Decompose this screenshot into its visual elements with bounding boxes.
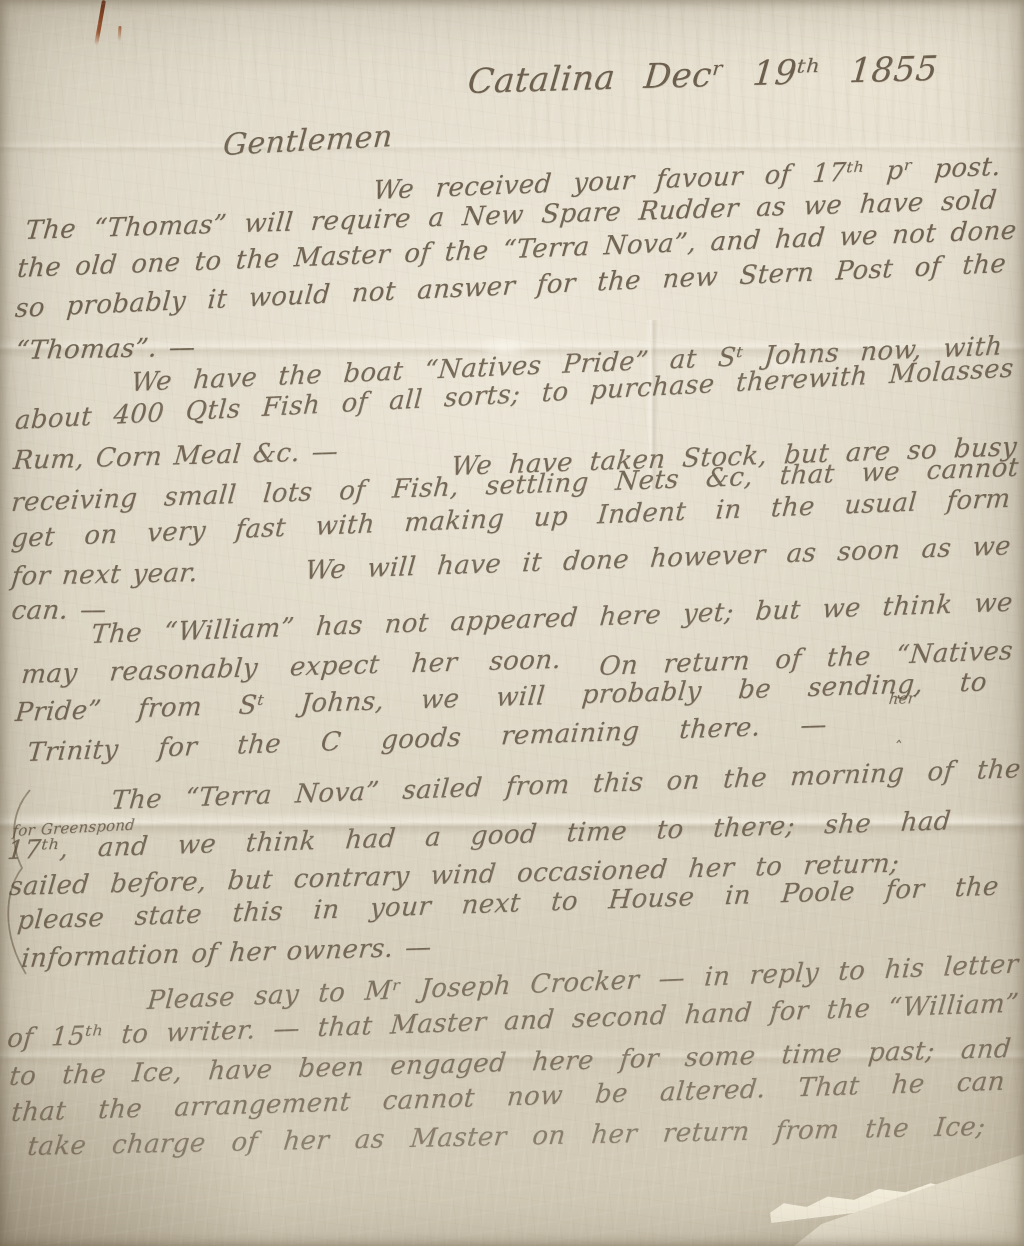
letter-paper: Catalina Decʳ 19ᵗʰ 1855GentlemenWe recei… [0, 0, 1024, 1246]
letter-line: information of her owners. — [20, 932, 433, 974]
letter-line: Rum, Corn Meal &c. — [12, 437, 340, 476]
interline-insertion: her [888, 689, 916, 708]
salutation: Gentlemen [222, 119, 394, 163]
letter-line: We will have it done however as soon as … [304, 531, 1012, 586]
interline-insertion: ‸ [896, 724, 904, 743]
scanned-letter-page: { "letter": { "kind": "handwritten-busin… [0, 0, 1024, 1246]
letter-line: “Thomas”. — [14, 333, 197, 366]
letter-line: for next year. [10, 558, 200, 592]
dateline: Catalina Decʳ 19ᵗʰ 1855 [466, 49, 940, 102]
letter-body: Catalina Decʳ 19ᵗʰ 1855GentlemenWe recei… [0, 0, 1024, 1246]
letter-line: The “Terra Nova” sailed from this on the… [110, 754, 1022, 816]
